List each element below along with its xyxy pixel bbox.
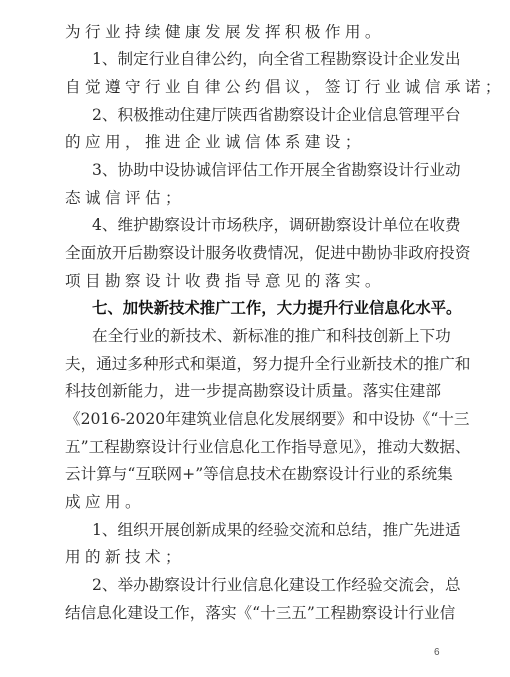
text-line: 五”工程勘察设计行业信息化工作指导意见》，推动大数据、	[65, 437, 441, 457]
list-item-3: 3、协助中设协诚信评估工作开展全省勘察设计行业动	[92, 160, 441, 180]
text-line: 夫，通过多种形式和渠道，努力提升全行业新技术的推广和	[65, 354, 441, 374]
text-line: 《2016-2020年建筑业信息化发展纲要》和中设协《“十三	[65, 409, 441, 429]
text-line: 云计算与“互联网+”等信息技术在勘察设计行业的系统集	[65, 464, 441, 484]
list-item-2b: 2、举办勘察设计行业信息化建设工作经验交流会，总	[92, 575, 441, 595]
list-item-2: 2、积极推动住建厅陕西省勘察设计企业信息管理平台	[92, 105, 441, 125]
text-line: 成应用。	[65, 492, 441, 512]
text-line: 用的新技术；	[65, 547, 441, 567]
list-item-4: 4、维护勘察设计市场秩序，调研勘察设计单位在收费	[92, 215, 441, 235]
text-line: 项目勘察设计收费指导意见的落实。	[65, 271, 441, 291]
text-line: 自觉遵守行业自律公约倡议，签订行业诚信承诺；	[65, 77, 441, 97]
document-page: 为行业持续健康发展发挥积极作用。 1、制定行业自律公约，向全省工程勘察设计企业发…	[0, 0, 510, 677]
text-line: 科技创新能力，进一步提高勘察设计质量。落实住建部	[65, 381, 441, 401]
text-line: 全面放开后勘察设计服务收费情况，促进中勘协非政府投资	[65, 243, 441, 263]
text-line: 的应用，推进企业诚信体系建设；	[65, 132, 441, 152]
text-line: 态诚信评估；	[65, 188, 441, 208]
list-item-1: 1、制定行业自律公约，向全省工程勘察设计企业发出	[92, 49, 441, 69]
list-item-1b: 1、组织开展创新成果的经验交流和总结，推广先进适	[92, 520, 441, 540]
section-heading: 七、加快新技术推广工作，大力提升行业信息化水平。	[92, 298, 441, 318]
page-number: 6	[434, 647, 440, 658]
paragraph-start: 在全行业的新技术、新标准的推广和科技创新上下功	[92, 326, 441, 346]
text-line: 结信息化建设工作，落实《“十三五”工程勘察设计行业信	[65, 603, 441, 623]
text-line: 为行业持续健康发展发挥积极作用。	[65, 22, 441, 42]
